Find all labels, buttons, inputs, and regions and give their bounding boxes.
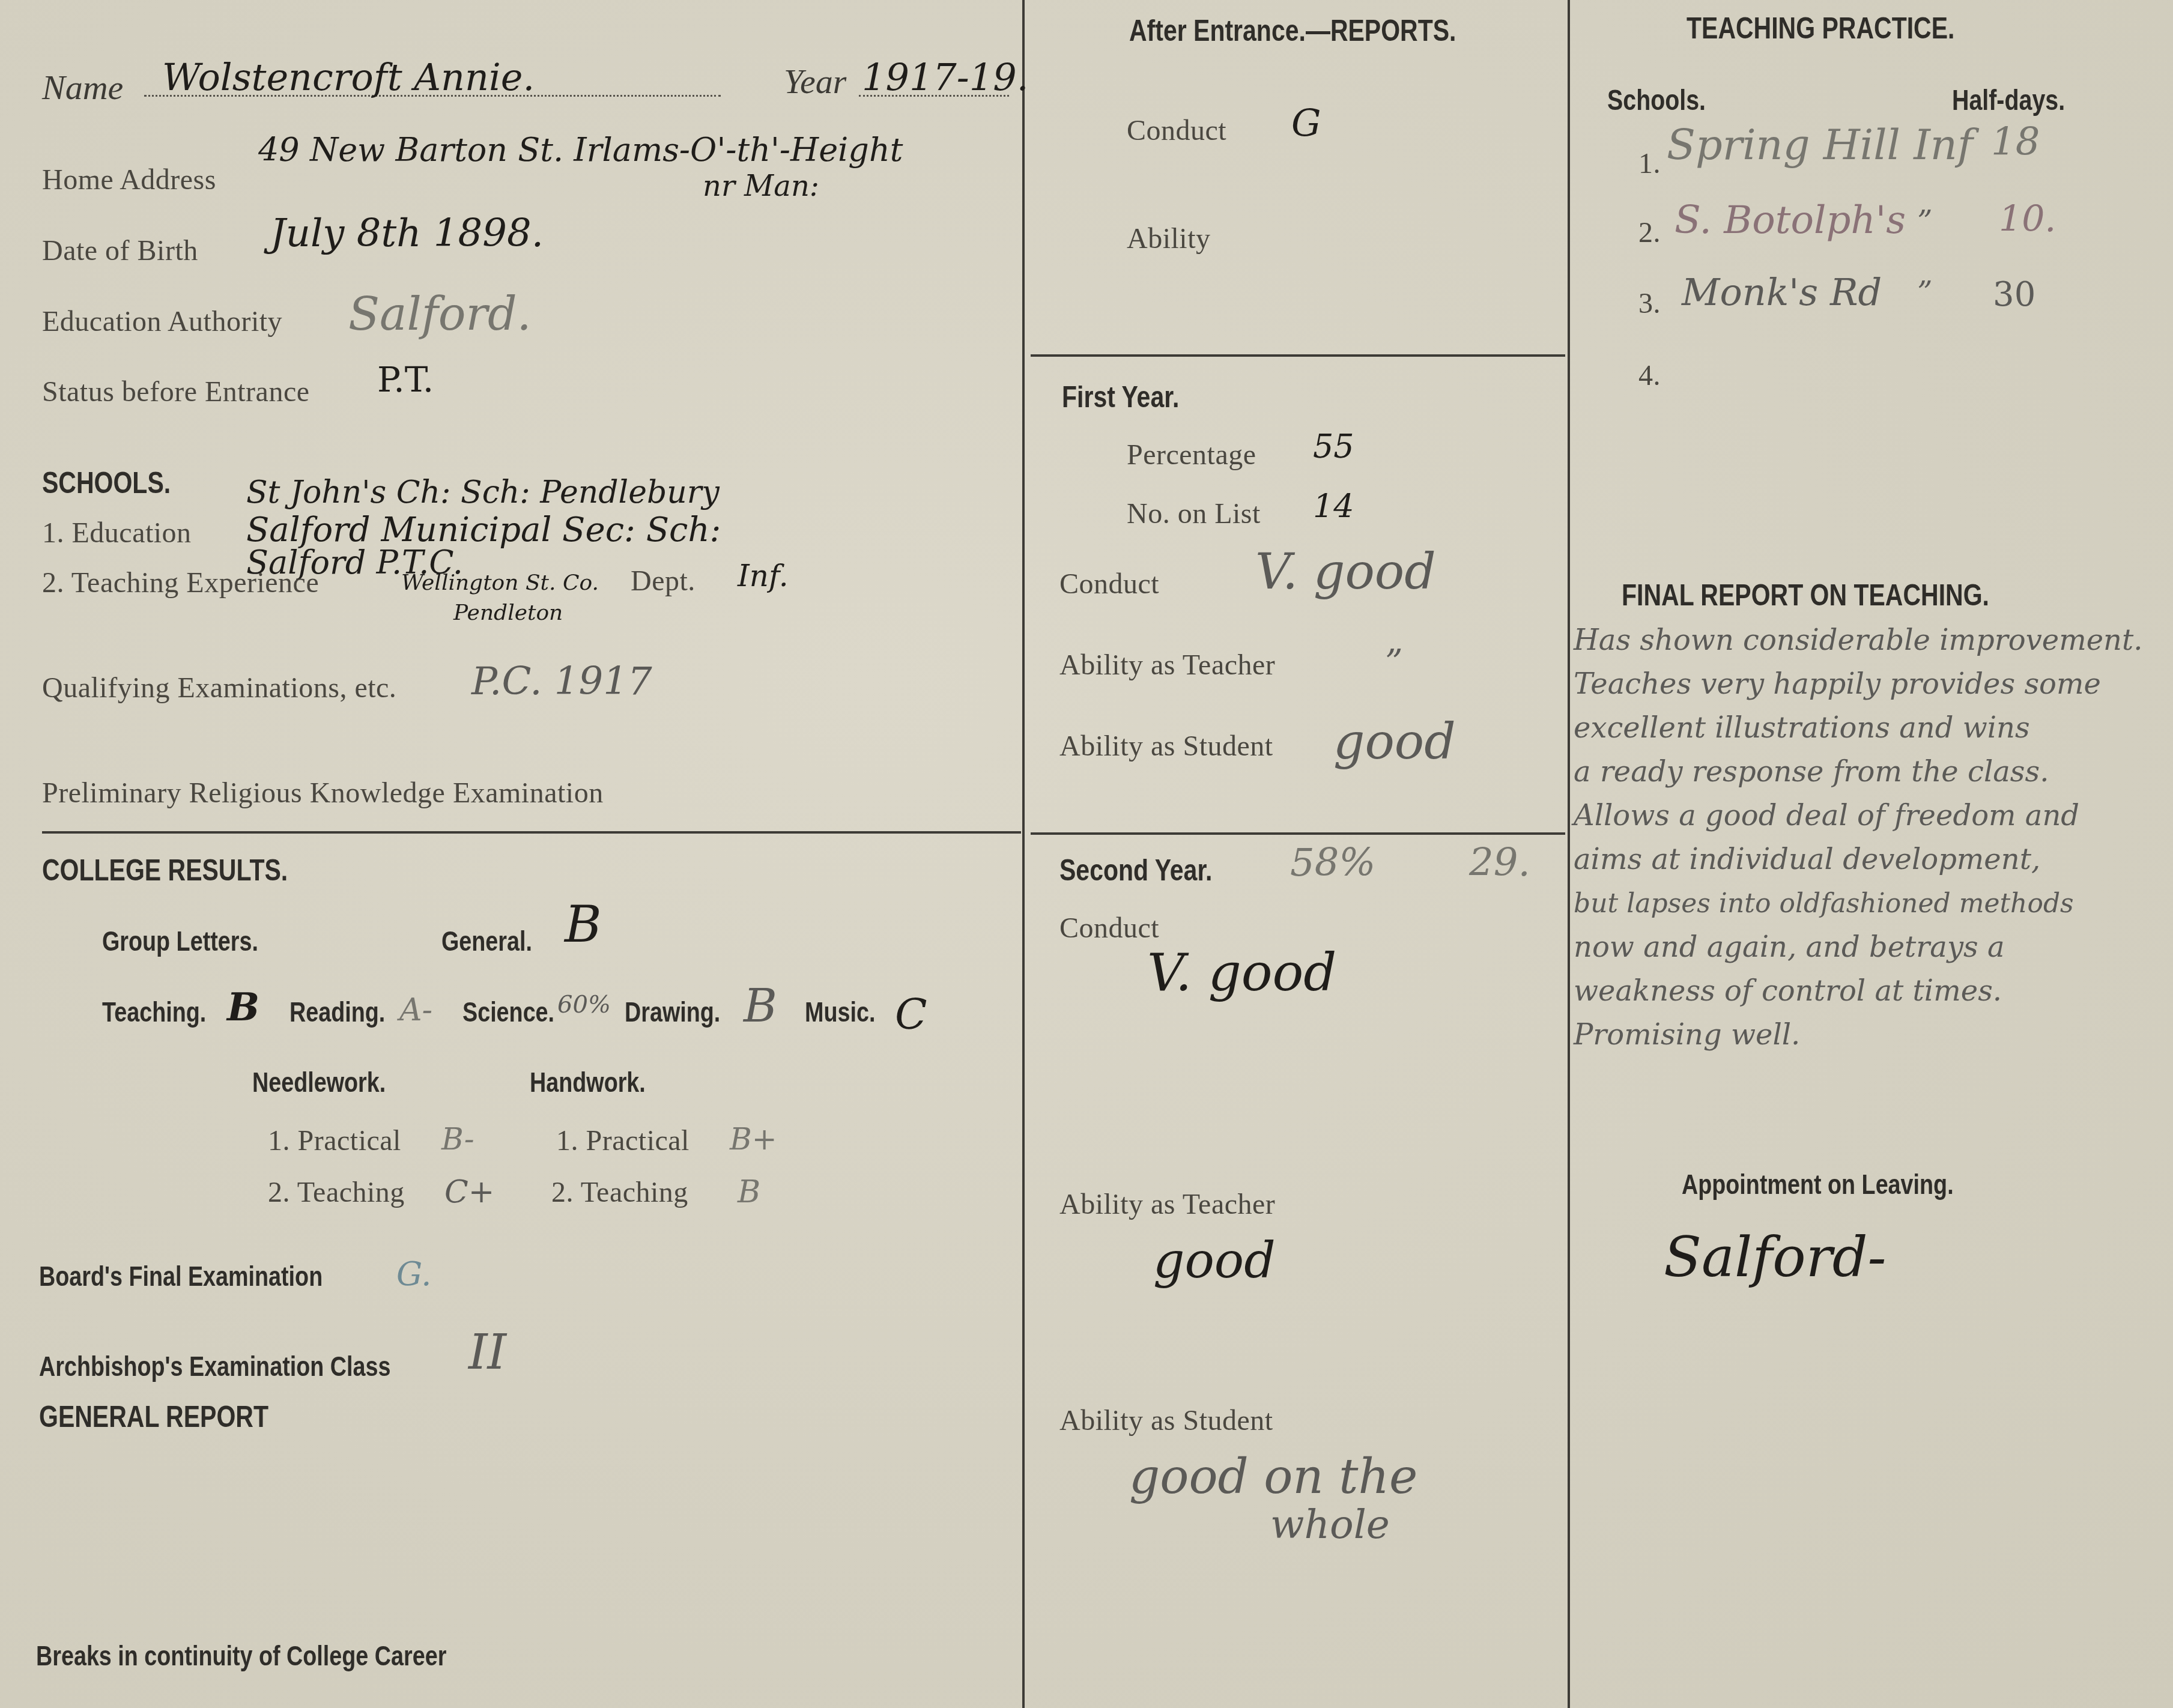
name-value: Wolstencroft Annie. <box>162 55 535 99</box>
first-year-ability-student-label: Ability as Student <box>1059 730 1273 763</box>
first-year-no-on-list-value: 14 <box>1313 488 1354 525</box>
practice-row-ditto: ” <box>1917 204 1933 239</box>
qualifying-value: P.C. 1917 <box>471 659 652 704</box>
first-year-heading: First Year. <box>1062 380 1179 414</box>
second-year-conduct-value: V. good <box>1147 943 1336 1003</box>
final-report-line: excellent illustrations and wins <box>1574 706 2168 750</box>
second-year-ability-teacher-label: Ability as Teacher <box>1059 1188 1275 1221</box>
music-value: C <box>895 990 927 1039</box>
dob-label: Date of Birth <box>42 234 198 267</box>
after-entrance-ability-label: Ability <box>1127 222 1211 255</box>
appointment-heading: Appointment on Leaving. <box>1682 1168 1954 1201</box>
final-report-line: Has shown considerable improvement. <box>1574 619 2168 662</box>
name-label: Name <box>42 67 123 108</box>
after-entrance-conduct-value: G <box>1291 101 1321 145</box>
left-section-rule <box>42 831 1021 834</box>
needle-practical-label: 1. Practical <box>268 1124 401 1157</box>
general-value: B <box>565 895 602 954</box>
education-authority-label: Education Authority <box>42 305 282 338</box>
hand-practical-label: 1. Practical <box>556 1124 689 1157</box>
science-value: 60% <box>557 991 611 1019</box>
year-value: 1917-19. <box>862 55 1028 99</box>
first-year-ability-teacher-label: Ability as Teacher <box>1059 649 1275 682</box>
practice-row-halfdays: 30 <box>1993 275 2035 314</box>
second-year-percentage-value: 58% <box>1290 841 1375 885</box>
practice-row-number: 2. <box>1638 216 1661 249</box>
education-authority-value: Salford. <box>348 287 532 341</box>
final-report-line: Promising well. <box>1574 1013 2168 1057</box>
practice-row-school: Spring Hill Inf <box>1667 120 1973 169</box>
drawing-label: Drawing. <box>625 996 720 1028</box>
second-year-ability-student-line1: good on the <box>1129 1449 1417 1504</box>
breaks-label: Breaks in continuity of College Career <box>36 1640 446 1672</box>
hand-teaching-label: 2. Teaching <box>551 1176 688 1209</box>
dob-value: July 8th 1898. <box>270 211 544 256</box>
final-report-line: now and again, and betrays a <box>1574 925 2168 969</box>
first-year-ability-student-value: good <box>1333 713 1456 771</box>
second-year-ability-student-label: Ability as Student <box>1059 1404 1273 1437</box>
second-year-position-value: 29. <box>1469 841 1530 885</box>
handwork-label: Handwork. <box>530 1066 646 1098</box>
schools-column-header: Schools. <box>1607 84 1706 117</box>
practice-row-halfdays: 18 <box>1991 120 2040 165</box>
teaching-value: B <box>227 985 259 1030</box>
practice-row-ditto: ” <box>1917 275 1933 310</box>
dept-value: Inf. <box>738 559 789 593</box>
reading-label: Reading. <box>289 996 385 1028</box>
year-label: Year <box>784 61 846 101</box>
needle-teaching-value: C+ <box>444 1174 494 1210</box>
after-entrance-heading: After Entrance.—REPORTS. <box>1129 13 1456 48</box>
first-year-conduct-label: Conduct <box>1059 568 1159 601</box>
halfdays-column-header: Half-days. <box>1952 84 2065 117</box>
hand-teaching-value: B <box>738 1174 760 1210</box>
first-year-percentage-value: 55 <box>1313 428 1354 465</box>
education-line-1: St John's Ch: Sch: Pendlebury <box>246 474 720 510</box>
drawing-value: B <box>744 979 777 1032</box>
appointment-value: Salford- <box>1664 1225 1887 1289</box>
final-report-body: Has shown considerable improvement. Teac… <box>1574 619 2168 1057</box>
final-report-line: aims at individual development, <box>1574 838 2168 882</box>
final-report-line: but lapses into oldfashioned methods <box>1574 882 2168 925</box>
qualifying-label: Qualifying Examinations, etc. <box>42 671 396 704</box>
column-divider-left <box>1022 0 1025 1708</box>
middle-rule-after-entrance <box>1031 354 1565 357</box>
first-year-percentage-label: Percentage <box>1127 438 1256 471</box>
second-year-ability-teacher-value: good <box>1153 1232 1276 1289</box>
final-report-line: Teaches very happily provides some <box>1574 662 2168 706</box>
music-label: Music. <box>805 996 875 1028</box>
archbishop-label: Archbishop's Examination Class <box>39 1350 390 1382</box>
teaching-practice-heading: TEACHING PRACTICE. <box>1687 11 1954 46</box>
final-report-line: a ready response from the class. <box>1574 750 2168 794</box>
second-year-heading: Second Year. <box>1059 853 1213 888</box>
final-report-line: Allows a good deal of freedom and <box>1574 794 2168 838</box>
final-report-line: weakness of control at times. <box>1574 969 2168 1013</box>
teaching-label: Teaching. <box>102 996 206 1028</box>
dept-label: Dept. <box>631 565 696 598</box>
group-letters-label: Group Letters. <box>102 925 258 957</box>
column-divider-right <box>1568 0 1570 1708</box>
home-address-line2: nr Man: <box>703 169 819 203</box>
practice-row-school: S. Botolph's <box>1674 198 1906 243</box>
schools-heading: SCHOOLS. <box>42 465 171 500</box>
prelim-religious-label: Preliminary Religious Knowledge Examinat… <box>42 777 604 810</box>
college-results-heading: COLLEGE RESULTS. <box>42 853 288 888</box>
boards-final-value: G. <box>396 1255 431 1293</box>
hand-practical-value: B+ <box>730 1122 777 1157</box>
second-year-conduct-label: Conduct <box>1059 912 1159 945</box>
final-report-heading: FINAL REPORT ON TEACHING. <box>1622 578 1989 613</box>
teaching-experience-value-2: Pendleton <box>453 601 563 625</box>
reading-value: A- <box>399 992 432 1028</box>
general-report-label: GENERAL REPORT <box>39 1399 268 1434</box>
first-year-ability-teacher-value: ” <box>1385 641 1403 682</box>
science-label: Science. <box>462 996 554 1028</box>
middle-rule-first-year <box>1031 832 1565 835</box>
first-year-conduct-value: V. good <box>1255 544 1436 601</box>
second-year-ability-student-line2: whole <box>1270 1501 1390 1548</box>
teaching-experience-label: 2. Teaching Experience <box>42 566 319 599</box>
after-entrance-conduct-label: Conduct <box>1127 114 1226 147</box>
practice-row-halfdays: 10. <box>1999 198 2056 240</box>
home-address-label: Home Address <box>42 163 216 196</box>
needle-practical-value: B- <box>441 1122 474 1157</box>
education-label: 1. Education <box>42 516 192 550</box>
teaching-experience-value-1: Wellington St. Co. <box>401 571 599 595</box>
practice-row-school: Monk's Rd <box>1682 270 1882 314</box>
general-label: General. <box>441 925 532 957</box>
archbishop-value: II <box>468 1324 506 1380</box>
practice-row-number: 1. <box>1638 147 1661 180</box>
status-label: Status before Entrance <box>42 375 309 408</box>
needlework-label: Needlework. <box>252 1066 386 1098</box>
practice-row-number: 4. <box>1638 359 1661 392</box>
needle-teaching-label: 2. Teaching <box>268 1176 405 1209</box>
home-address-line1: 49 New Barton St. Irlams-O'-th'-Height <box>258 131 903 169</box>
status-value: P.T. <box>377 359 434 400</box>
boards-final-label: Board's Final Examination <box>39 1260 323 1292</box>
first-year-no-on-list-label: No. on List <box>1127 497 1261 530</box>
practice-row-number: 3. <box>1638 287 1661 320</box>
